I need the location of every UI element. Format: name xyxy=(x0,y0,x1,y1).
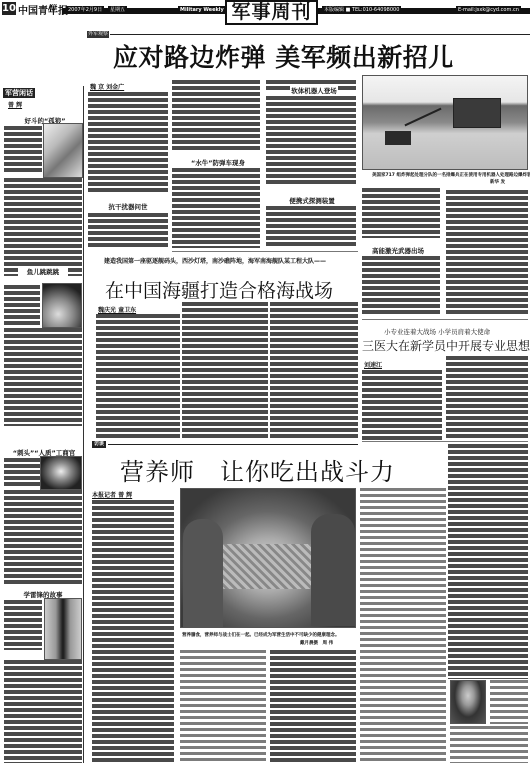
horse-statue-photo xyxy=(43,123,83,178)
body-text xyxy=(96,314,180,438)
body-text xyxy=(362,188,440,238)
armored-vehicle xyxy=(453,98,501,128)
body-text xyxy=(4,458,40,488)
body-text xyxy=(92,500,174,763)
section-divider xyxy=(172,251,358,252)
body-text xyxy=(172,80,260,150)
paper-name: 中国青年报 xyxy=(18,2,68,17)
column-label: 军营闲话 xyxy=(3,88,35,98)
kicker-foreign-military: 外军观察 xyxy=(87,31,109,38)
issue-date: 2007年2月9日 xyxy=(66,6,104,14)
fish-swarm-photo xyxy=(42,283,82,328)
body-text xyxy=(266,206,356,248)
story-title-2: 鱼儿跳跳跳 xyxy=(18,267,68,276)
sea-story-deck: 建造我国第一座驱逐舰码头，西沙灯塔，南沙礁阵地，海军南海舰队某工程大队—— xyxy=(104,256,326,265)
left-column-byline: 曾 辉 xyxy=(8,100,22,109)
section-title: 军事周刊 xyxy=(225,0,318,25)
body-text xyxy=(270,650,356,763)
soldiers-eating-photo xyxy=(180,488,356,628)
body-text xyxy=(4,600,42,650)
nutrition-headline: 营养师 让你吃出战斗力 xyxy=(120,452,395,487)
email-address: E-mail:jsxk@cyd.com.cn xyxy=(456,6,521,14)
sea-story-byline: 魏庆光 童卫东 xyxy=(98,305,136,314)
english-title: Military Weekly xyxy=(178,6,226,14)
body-text xyxy=(446,190,528,314)
nutrition-kicker: 访谈 xyxy=(92,441,106,448)
nutritionist-portrait-photo xyxy=(450,680,486,724)
robot-arm xyxy=(404,108,441,127)
main-headline: 应对路边炸弹 美军频出新招儿 xyxy=(113,38,454,74)
editor-info: 本版编辑 ■ TEL:010-64098000 xyxy=(322,6,401,14)
soldier-left xyxy=(183,519,223,627)
body-text xyxy=(88,92,168,194)
sea-story-headline: 在中国海疆打造合格海战场 xyxy=(105,276,333,303)
subhead-2: “水牛”防弹车现身 xyxy=(190,158,246,167)
soldier-right xyxy=(311,514,355,626)
subhead-4: 便携式探测装置 xyxy=(286,196,338,205)
body-text xyxy=(4,328,82,426)
section-divider xyxy=(362,441,528,442)
kicker-rule xyxy=(108,444,358,445)
body-text xyxy=(4,660,82,763)
subhead-3: 软体机器人登场 xyxy=(290,86,338,95)
main-byline: 魏 京 刘金广 xyxy=(90,82,124,91)
body-text xyxy=(180,650,266,763)
academy-headline: 三医大在新学员中开展专业思想教育 xyxy=(362,337,530,354)
body-text xyxy=(4,178,82,276)
robot xyxy=(385,131,411,145)
academy-deck: 小专业连着大战场 小学员肩着大使命 xyxy=(384,327,490,336)
photo-caption: 美国家717 组炸弹起处理分队的一名排爆兵正在使用专用机器人处理路边爆炸装置。 xyxy=(372,172,530,178)
academy-byline: 刘速江 xyxy=(364,360,382,369)
body-text xyxy=(360,488,446,763)
photo-credit: 新华 发 xyxy=(490,179,505,185)
body-text xyxy=(362,370,442,440)
subhead-1: 抗干扰器问世 xyxy=(100,202,156,211)
profile-text xyxy=(490,680,528,724)
decorative-slashes: //// xyxy=(48,3,56,12)
issue-weekday: 星期五 xyxy=(108,6,127,14)
food-trays xyxy=(221,544,316,589)
column-divider xyxy=(83,86,84,763)
soldier-portrait-photo xyxy=(40,456,82,490)
page-number: 10 xyxy=(2,2,16,15)
nutrition-photo-credit: 戴月晨摄 周 伟 xyxy=(300,640,333,646)
nutrition-photo-caption: 营养膳食，营养师与战士们在一起。已经成为军营生活中不可缺少的健康理念。 xyxy=(182,632,340,638)
body-text xyxy=(88,213,168,248)
section-divider xyxy=(362,319,528,320)
body-text xyxy=(182,302,268,438)
military-uniform-photo xyxy=(44,598,82,660)
nutrition-byline: 本报记者 曾 辉 xyxy=(92,490,132,499)
kicker-rule xyxy=(110,34,530,35)
body-text xyxy=(4,285,40,325)
body-text xyxy=(448,444,528,679)
body-text xyxy=(172,168,260,248)
body-text xyxy=(4,490,82,586)
body-text xyxy=(4,126,42,174)
body-text xyxy=(270,302,358,438)
body-text xyxy=(450,726,528,763)
body-text xyxy=(266,96,356,186)
body-text xyxy=(362,256,440,314)
body-text xyxy=(446,356,528,440)
bomb-disposal-robot-photo xyxy=(362,75,528,170)
subhead-5: 高能激光武器出场 xyxy=(370,246,426,255)
